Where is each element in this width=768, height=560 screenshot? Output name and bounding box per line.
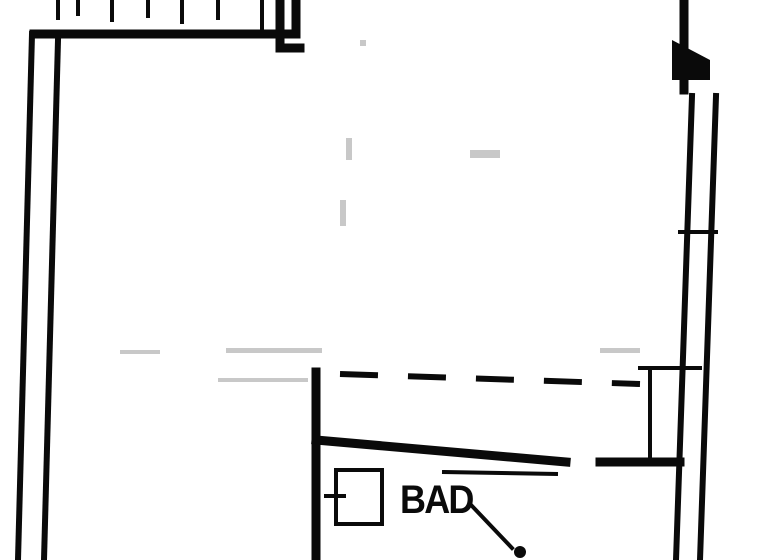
wall-bath-top-inner bbox=[444, 472, 556, 474]
floor-plan bbox=[0, 0, 768, 560]
wall-bath-top bbox=[316, 440, 566, 462]
stair-treads bbox=[58, 0, 262, 28]
wall-right-outer bbox=[700, 96, 716, 560]
label-leader-dot bbox=[514, 546, 526, 558]
wall-left-inner bbox=[44, 40, 58, 560]
wall-right-notch bbox=[672, 40, 710, 80]
bathroom-label: BAD bbox=[400, 478, 473, 523]
scan-noise bbox=[120, 40, 640, 382]
dashed-boundary bbox=[340, 374, 640, 384]
wall-right-inner bbox=[676, 96, 692, 560]
wall-left-outer bbox=[18, 34, 32, 560]
label-leader-arrow bbox=[472, 506, 512, 548]
wall-top bbox=[34, 4, 296, 34]
